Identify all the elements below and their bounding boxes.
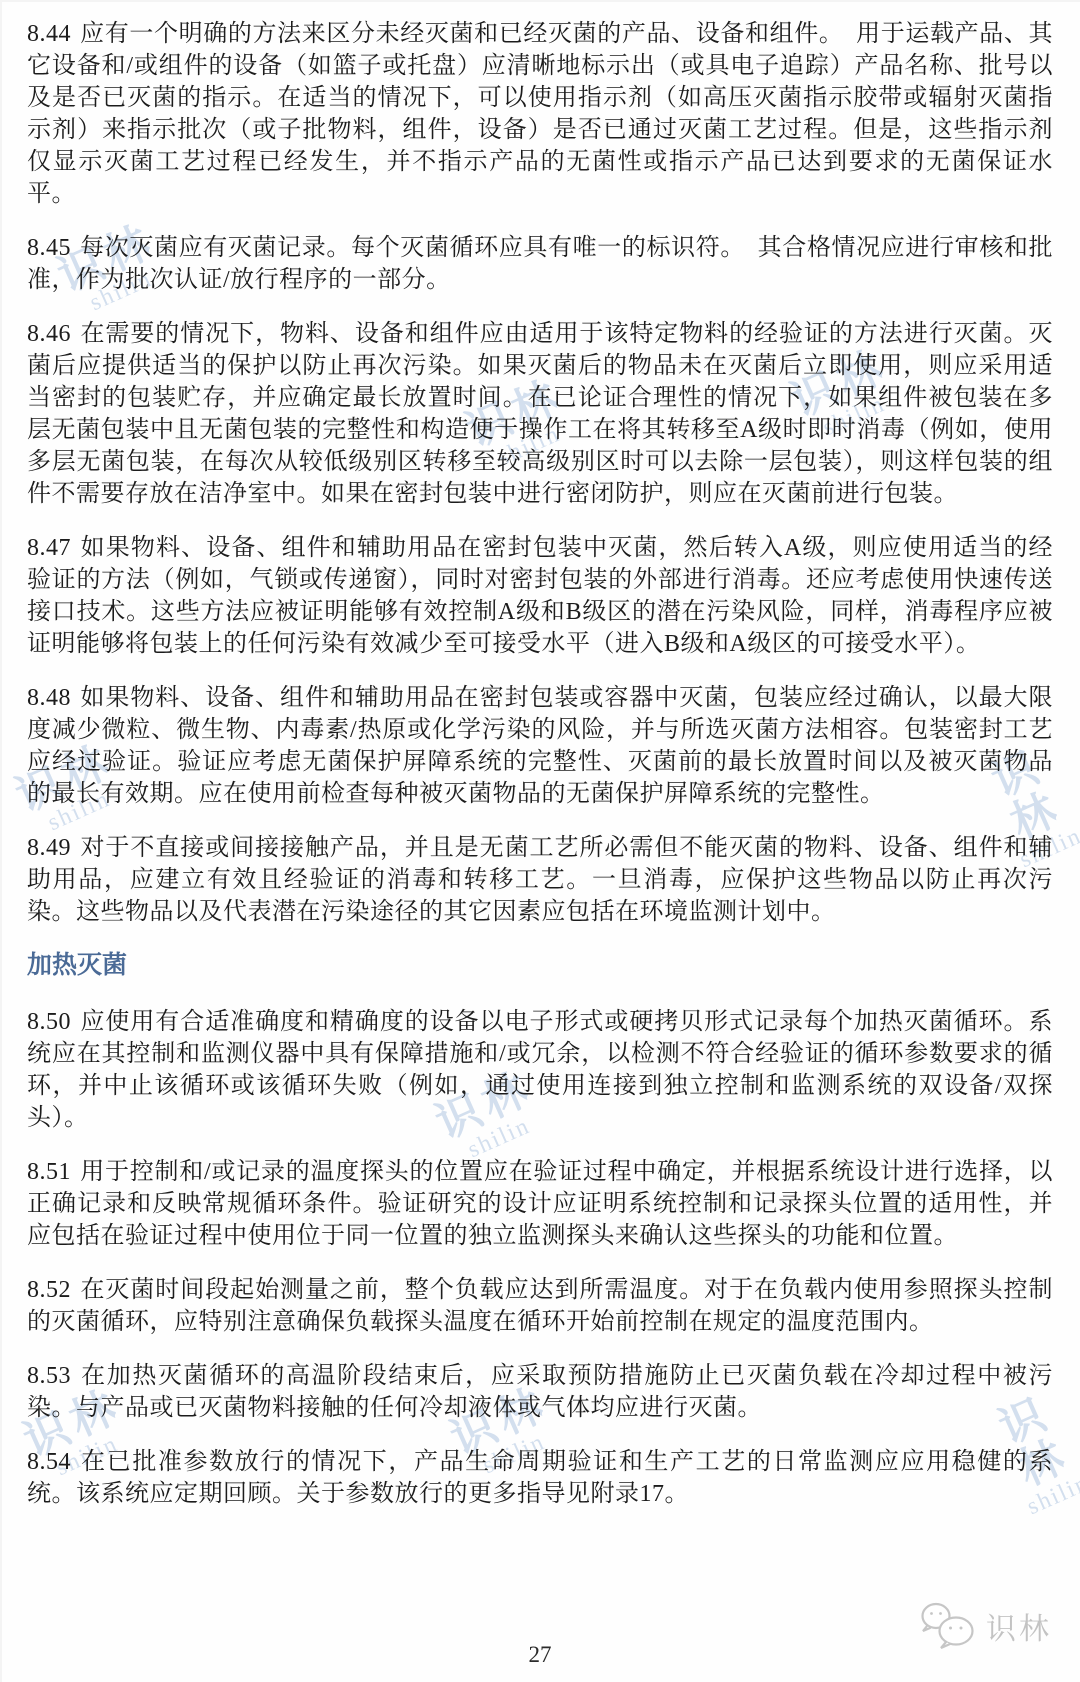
paragraph-8-49: 8.49对于不直接或间接接触产品，并且是无菌工艺所必需但不能灭菌的物料、设备、组… xyxy=(27,832,1053,928)
clause-text: 在灭菌时间段起始测量之前，整个负载应达到所需温度。对于在负载内使用参照探头控制的… xyxy=(27,1277,1053,1335)
clause-text: 在需要的情况下，物料、设备和组件应由适用于该特定物料的经验证的方法进行灭菌。灭菌… xyxy=(27,321,1053,507)
clause-number: 8.50 xyxy=(27,1009,71,1035)
section-heading-heat-sterilization: 加热灭菌 xyxy=(27,950,1053,982)
clause-text: 应有一个明确的方法来区分未经灭菌和已经灭菌的产品、设备和组件。 用于运载产品、其… xyxy=(27,21,1053,207)
paragraph-8-48: 8.48如果物料、设备、组件和辅助用品在密封包装或容器中灭菌，包装应经过确认，以… xyxy=(27,682,1053,810)
paragraph-8-54: 8.54在已批准参数放行的情况下，产品生命周期验证和生产工艺的日常监测应应用稳健… xyxy=(27,1446,1053,1510)
paragraph-8-47: 8.47如果物料、设备、组件和辅助用品在密封包装中灭菌，然后转入A级，则应使用适… xyxy=(27,532,1053,660)
clause-number: 8.44 xyxy=(27,21,71,47)
paragraph-8-46: 8.46在需要的情况下，物料、设备和组件应由适用于该特定物料的经验证的方法进行灭… xyxy=(27,318,1053,510)
paragraph-8-45: 8.45每次灭菌应有灭菌记录。每个灭菌循环应具有唯一的标识符。 其合格情况应进行… xyxy=(27,232,1053,296)
clause-text: 应使用有合适准确度和精确度的设备以电子形式或硬拷贝形式记录每个加热灭菌循环。系统… xyxy=(27,1009,1053,1131)
clause-text: 在已批准参数放行的情况下，产品生命周期验证和生产工艺的日常监测应应用稳健的系统。… xyxy=(27,1449,1053,1507)
paragraph-8-51: 8.51用于控制和/或记录的温度探头的位置应在验证过程中确定，并根据系统设计进行… xyxy=(27,1156,1053,1252)
clause-number: 8.54 xyxy=(27,1449,71,1475)
clause-number: 8.45 xyxy=(27,235,71,261)
clause-number: 8.52 xyxy=(27,1277,71,1303)
page-number: 27 xyxy=(0,1642,1080,1668)
clause-text: 对于不直接或间接接触产品，并且是无菌工艺所必需但不能灭菌的物料、设备、组件和辅助… xyxy=(27,835,1053,925)
clause-text: 用于控制和/或记录的温度探头的位置应在验证过程中确定，并根据系统设计进行选择，以… xyxy=(27,1159,1053,1249)
paragraph-8-50: 8.50应使用有合适准确度和精确度的设备以电子形式或硬拷贝形式记录每个加热灭菌循… xyxy=(27,1006,1053,1134)
clause-text: 如果物料、设备、组件和辅助用品在密封包装或容器中灭菌，包装应经过确认，以最大限度… xyxy=(27,685,1053,807)
document-page: 识林shilin 识林shilin 识林shilin 识林shilin 识林sh… xyxy=(0,0,1080,1682)
clause-number: 8.51 xyxy=(27,1159,71,1185)
clause-text: 如果物料、设备、组件和辅助用品在密封包装中灭菌，然后转入A级，则应使用适当的经验… xyxy=(27,535,1053,657)
paragraph-8-52: 8.52在灭菌时间段起始测量之前，整个负载应达到所需温度。对于在负载内使用参照探… xyxy=(27,1274,1053,1338)
clause-number: 8.48 xyxy=(27,685,71,711)
clause-number: 8.46 xyxy=(27,321,71,347)
document-body: 8.44应有一个明确的方法来区分未经灭菌和已经灭菌的产品、设备和组件。 用于运载… xyxy=(0,0,1080,1510)
paragraph-8-44: 8.44应有一个明确的方法来区分未经灭菌和已经灭菌的产品、设备和组件。 用于运载… xyxy=(27,18,1053,210)
clause-number: 8.47 xyxy=(27,535,71,561)
paragraph-8-53: 8.53在加热灭菌循环的高温阶段结束后，应采取预防措施防止已灭菌负载在冷却过程中… xyxy=(27,1360,1053,1424)
clause-number: 8.49 xyxy=(27,835,71,861)
clause-number: 8.53 xyxy=(27,1363,71,1389)
clause-text: 每次灭菌应有灭菌记录。每个灭菌循环应具有唯一的标识符。 其合格情况应进行审核和批… xyxy=(27,235,1053,293)
clause-text: 在加热灭菌循环的高温阶段结束后，应采取预防措施防止已灭菌负载在冷却过程中被污染。… xyxy=(27,1363,1053,1421)
